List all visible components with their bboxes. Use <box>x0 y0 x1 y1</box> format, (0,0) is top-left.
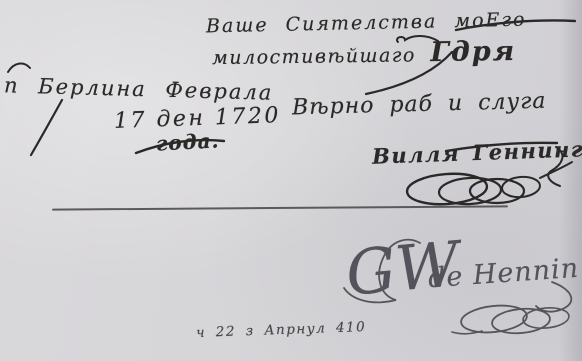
origin-initial-arc <box>8 63 30 72</box>
manuscript-letter-scan: Ваше Сиятелства моЕго милостивѣйшаго Гдр… <box>0 0 582 361</box>
salutation-word-gdrya: Гдря <box>430 36 516 68</box>
paraph-loop-3 <box>470 179 524 203</box>
latin-loop-3 <box>522 306 570 330</box>
latin-loop-2 <box>491 307 551 336</box>
salutation-line-2: милостивѣйшаго Гдря <box>212 36 517 71</box>
salutation-word-milostiveyshago: милостивѣйшаго <box>212 44 416 69</box>
paraph-exit-stroke <box>540 162 572 178</box>
latin-paraph-loops <box>452 303 570 336</box>
signature-cyrillic: Вилля Геннинг <box>372 136 582 168</box>
salutation-line-1: Ваше Сиятелства моЕго <box>206 9 527 38</box>
year-word: года. <box>155 128 220 155</box>
paraph-loop-1 <box>406 171 488 207</box>
archival-note: ч 22 з Апрнул 410 <box>196 319 367 341</box>
latin-loop-1 <box>460 303 528 336</box>
berlin-tail-stroke <box>31 100 62 155</box>
paraph-loop-4 <box>501 175 541 198</box>
cyrillic-paraph-loops <box>406 162 572 207</box>
divider-rule <box>52 205 508 210</box>
origin-line-berlin: п Берлина Феврала <box>4 73 274 105</box>
latin-tail-curl <box>536 282 571 312</box>
paraph-loop-2 <box>438 176 501 205</box>
closing-line: Вѣрно раб и слуга <box>292 89 547 121</box>
latin-paraph-entry <box>452 331 482 334</box>
